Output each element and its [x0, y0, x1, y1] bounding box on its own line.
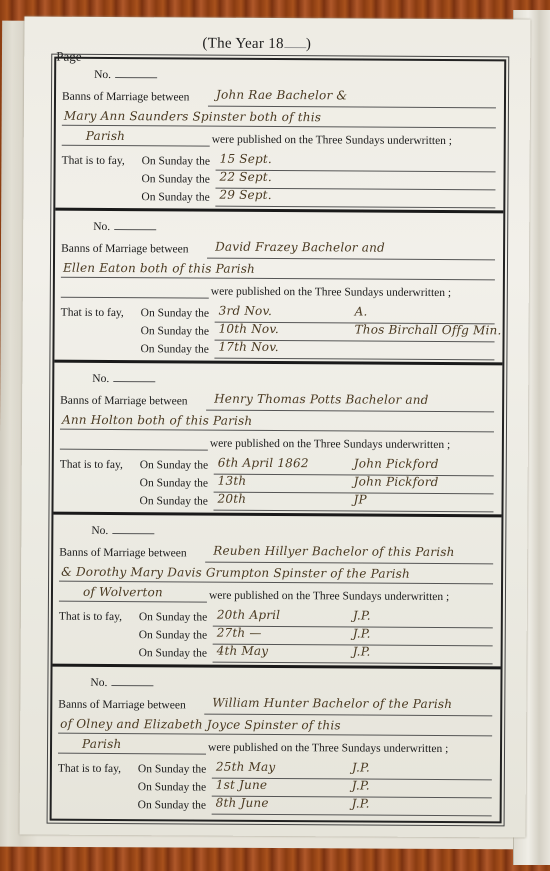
- entry-number-label: No.: [94, 69, 157, 81]
- year-prefix: (The Year 18: [202, 36, 284, 52]
- banns-label: Banns of Marriage between: [58, 699, 185, 712]
- that-is-to-say-label: That is to fay,: [62, 155, 125, 167]
- banns-entry-2: No. Banns of Marriage between David Fraz…: [54, 211, 503, 366]
- that-is-to-say-label: That is to fay,: [58, 763, 121, 775]
- published-label: were published on the Three Sundays unde…: [209, 590, 449, 603]
- banns-label: Banns of Marriage between: [59, 547, 186, 560]
- that-is-to-say-label: That is to fay,: [59, 611, 122, 623]
- sunday-note-2: John Pickford: [354, 474, 439, 489]
- sunday-note-2: J.P.: [353, 626, 371, 640]
- sunday-date-2: 13th: [218, 474, 247, 488]
- published-label: were published on the Three Sundays unde…: [212, 134, 452, 147]
- entry-number-label: No.: [93, 221, 156, 233]
- sunday-label-2: On Sunday the: [138, 781, 206, 793]
- names-line-2: of Olney and Elizabeth Joyce Spinster of…: [60, 717, 341, 733]
- sunday-note-1: J.P.: [353, 608, 371, 622]
- banns-entry-1: No. Banns of Marriage between John Rae B…: [55, 59, 504, 214]
- sunday-note-1: John Pickford: [354, 456, 439, 471]
- sunday-note-1: A.: [355, 304, 368, 318]
- sunday-label-3: On Sunday the: [140, 495, 208, 507]
- sunday-note-2: Thos Birchall Offg Min.: [355, 322, 502, 337]
- sunday-note-3: J.P.: [353, 644, 371, 658]
- names-line-3: Parish: [86, 129, 125, 143]
- that-is-to-say-label: That is to fay,: [61, 307, 124, 319]
- sunday-note-3: J.P.: [352, 796, 370, 810]
- names-line-1: John Rae Bachelor &: [216, 88, 347, 103]
- sunday-date-3: 4th May: [217, 644, 269, 658]
- names-line-2: Mary Ann Saunders Spinster both of this: [64, 109, 321, 125]
- sunday-date-1: 15 Sept.: [220, 152, 272, 166]
- names-line-1: Reuben Hillyer Bachelor of this Parish: [213, 544, 454, 559]
- sunday-label-1: On Sunday the: [140, 459, 208, 471]
- sunday-date-2: 27th —: [217, 626, 262, 640]
- sunday-date-1: 6th April 1862: [218, 456, 309, 471]
- year-heading: (The Year 18): [202, 36, 311, 54]
- entry-number-label: No.: [92, 373, 155, 385]
- banns-entry-3: No. Banns of Marriage between Henry Thom…: [53, 363, 502, 518]
- sunday-date-3: 29 Sept.: [219, 188, 271, 202]
- names-line-1: David Frazey Bachelor and: [215, 240, 385, 255]
- names-line-2: Ann Holton both of this Parish: [62, 413, 252, 428]
- sunday-date-1: 25th May: [216, 760, 276, 774]
- sunday-label-3: On Sunday the: [139, 647, 207, 659]
- banns-label: Banns of Marriage between: [61, 243, 188, 256]
- sunday-date-2: 22 Sept.: [219, 170, 271, 184]
- entry-number-label: No.: [91, 525, 154, 537]
- sunday-label-1: On Sunday the: [139, 611, 207, 623]
- sunday-note-2: J.P.: [352, 778, 370, 792]
- names-line-3: Parish: [82, 737, 121, 751]
- sunday-date-3: 20th: [218, 492, 247, 506]
- sunday-label-2: On Sunday the: [140, 477, 208, 489]
- published-label: were published on the Three Sundays unde…: [210, 438, 450, 451]
- sunday-label-3: On Sunday the: [141, 191, 209, 203]
- sunday-date-3: 8th June: [216, 796, 269, 810]
- sunday-label-2: On Sunday the: [141, 325, 209, 337]
- sunday-label-3: On Sunday the: [140, 343, 208, 355]
- register-page: Page (The Year 18) No. Banns of Marriage…: [20, 16, 531, 837]
- names-line-1: William Hunter Bachelor of the Parish: [212, 696, 452, 711]
- banns-label: Banns of Marriage between: [60, 395, 187, 408]
- sunday-label-2: On Sunday the: [139, 629, 207, 641]
- sunday-date-2: 10th Nov.: [219, 322, 279, 336]
- entries-frame: No. Banns of Marriage between John Rae B…: [50, 57, 507, 824]
- year-blank: [284, 47, 306, 48]
- banns-label: Banns of Marriage between: [62, 91, 189, 104]
- sunday-label-1: On Sunday the: [138, 763, 206, 775]
- published-label: were published on the Three Sundays unde…: [208, 742, 448, 755]
- published-label: were published on the Three Sundays unde…: [211, 286, 451, 299]
- that-is-to-say-label: That is to fay,: [60, 459, 123, 471]
- sunday-date-2: 1st June: [216, 778, 267, 792]
- sunday-label-2: On Sunday the: [141, 173, 209, 185]
- sunday-label-1: On Sunday the: [142, 155, 210, 167]
- entry-number-label: No.: [90, 677, 153, 689]
- names-line-2: Ellen Eaton both of this Parish: [63, 261, 255, 276]
- banns-entry-4: No. Banns of Marriage between Reuben Hil…: [53, 515, 502, 670]
- sunday-date-3: 17th Nov.: [218, 340, 278, 354]
- names-line-2: & Dorothy Mary Davis Grumpton Spinster o…: [61, 565, 410, 581]
- sunday-date-1: 20th April: [217, 608, 280, 622]
- sunday-note-1: J.P.: [352, 760, 370, 774]
- banns-entry-5: No. Banns of Marriage between William Hu…: [52, 667, 501, 819]
- sunday-date-1: 3rd Nov.: [219, 304, 272, 318]
- sunday-label-3: On Sunday the: [138, 799, 206, 811]
- names-line-1: Henry Thomas Potts Bachelor and: [214, 392, 429, 407]
- names-line-3: of Wolverton: [83, 585, 163, 599]
- sunday-label-1: On Sunday the: [141, 307, 209, 319]
- sunday-note-3: JP: [354, 492, 367, 506]
- year-suffix: ): [306, 36, 311, 52]
